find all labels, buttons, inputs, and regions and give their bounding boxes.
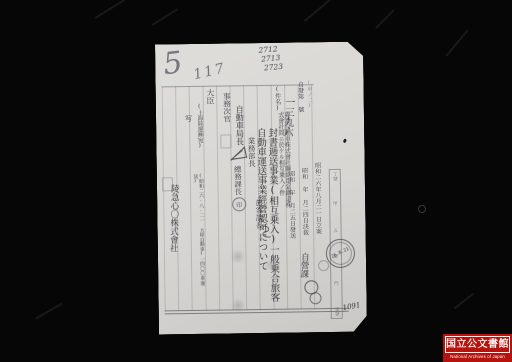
archive-watermark-banner: 国立公文書館 National Archives of Japan xyxy=(443,334,512,362)
scan-artifact xyxy=(454,293,474,309)
subject-label: (件名) xyxy=(273,86,280,112)
scan-artifact xyxy=(375,9,395,29)
corner-numbers: 2712 2713 2723 xyxy=(258,44,283,73)
document-number-label: 自發第 號 xyxy=(296,81,304,127)
stamp-character: 印 xyxy=(236,200,242,209)
approver-minister: 大臣 xyxy=(206,89,215,105)
classification-note: (甲ノ二) xyxy=(306,80,313,109)
folio-number: 1091 xyxy=(342,301,361,312)
strip-label: 門 xyxy=(334,280,339,286)
scanned-archive-view: 5 117 2712 2713 2723 (上海陸運㈱宛) 写 (昭和二六.八.… xyxy=(0,0,512,362)
scan-artifact xyxy=(304,0,334,22)
strip-label: 甲 xyxy=(333,201,338,207)
pencil-number-large: 5 xyxy=(161,45,184,82)
archive-name-english: National Archives of Japan xyxy=(443,354,512,359)
scan-artifact-ring xyxy=(418,205,426,213)
strip-label: 第號 xyxy=(334,307,339,316)
corner-number-line: 2723 xyxy=(264,62,284,73)
ink-smudge xyxy=(231,298,246,312)
archive-name-japanese: 国立公文書館 xyxy=(445,336,510,353)
strip-label: 丁號 xyxy=(332,172,337,181)
ink-smudge xyxy=(264,259,277,271)
receipt-date-stamp: 26.8.21 xyxy=(326,239,355,268)
scan-artifact xyxy=(36,303,63,320)
date-dispatched: 昭和 年 月二五日發送 xyxy=(287,171,295,261)
ink-speck xyxy=(343,138,347,143)
strip-label: 五 xyxy=(333,228,338,234)
approver-general-affairs-chief: 總務課長 xyxy=(233,165,242,195)
form-bottom-line xyxy=(165,311,349,315)
faint-seal xyxy=(318,260,329,271)
scan-artifact xyxy=(445,29,468,56)
document-page: 5 117 2712 2713 2723 (上海陸運㈱宛) 写 (昭和二六.八.… xyxy=(155,42,367,335)
scan-artifact xyxy=(152,8,179,26)
general-affairs-stamp: 印 xyxy=(232,197,246,211)
approver-vice-minister: 事務次官 xyxy=(222,92,231,122)
pencil-number-small: 117 xyxy=(192,60,227,83)
receipt-stamp-inner: 26.8.21 xyxy=(329,242,352,265)
note-copy-char: 写 xyxy=(185,114,192,124)
scan-artifact xyxy=(95,0,132,19)
note-addressee: (上海陸運㈱宛) xyxy=(196,104,203,156)
note-transport: (昭和二六.八.二一 大陸自動車(一四〇〇車運送) xyxy=(192,174,205,288)
date-approved: 昭和 年 月二四日決裁 xyxy=(300,167,308,257)
section-seal xyxy=(309,292,321,304)
approver-bureau-chief: 自動車局長 xyxy=(235,105,245,145)
date-drafted: 昭和二六年八月二一日立案 xyxy=(313,162,321,252)
receipt-stamp-date: 26.8.21 xyxy=(331,247,350,260)
